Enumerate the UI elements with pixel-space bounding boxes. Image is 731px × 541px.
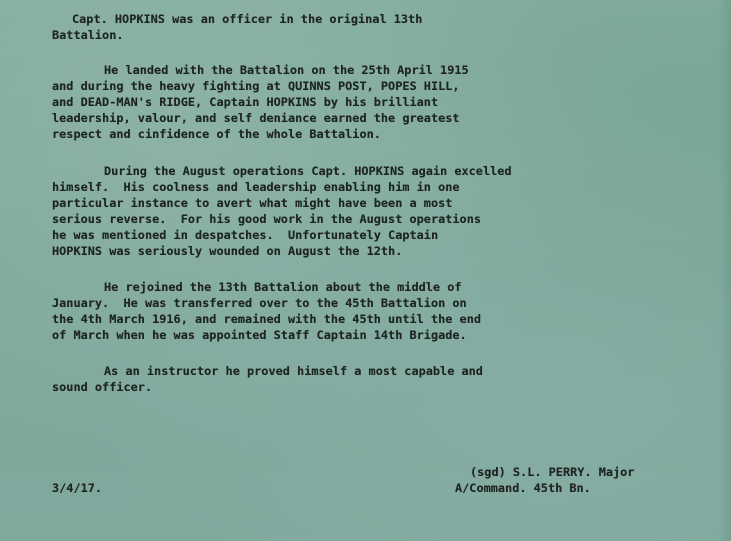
signature-title: A/Command. 45th Bn. (455, 481, 591, 495)
paragraph-5-line-2: sound officer. (52, 380, 152, 394)
paragraph-3-line-6: HOPKINS was seriously wounded on August … (52, 244, 402, 258)
paragraph-3-line-4: serious reverse. For his good work in th… (52, 212, 481, 226)
paragraph-4-line-4: of March when he was appointed Staff Cap… (52, 328, 467, 342)
paragraph-4-line-1: He rejoined the 13th Battalion about the… (104, 280, 462, 294)
paragraph-2-line-2: and during the heavy fighting at QUINNS … (52, 79, 460, 93)
paragraph-1-line-1: Capt. HOPKINS was an officer in the orig… (72, 12, 422, 26)
paragraph-5-line-1: As an instructor he proved himself a mos… (104, 364, 483, 378)
paragraph-3-line-2: himself. His coolness and leadership ena… (52, 180, 460, 194)
paragraph-1-line-2: Battalion. (52, 28, 124, 42)
paragraph-3-line-3: particular instance to avert what might … (52, 196, 452, 210)
signature-name: (sgd) S.L. PERRY. Major (470, 465, 634, 479)
paragraph-4-line-3: the 4th March 1916, and remained with th… (52, 312, 481, 326)
paragraph-2-line-4: leadership, valour, and self deniance ea… (52, 111, 460, 125)
paragraph-3-line-5: he was mentioned in despatches. Unfortun… (52, 228, 438, 242)
typed-document-page: Capt. HOPKINS was an officer in the orig… (0, 0, 731, 541)
page-edge-shadow (719, 0, 731, 541)
paragraph-2-line-1: He landed with the Battalion on the 25th… (104, 63, 469, 77)
paragraph-4-line-2: January. He was transferred over to the … (52, 296, 467, 310)
document-date: 3/4/17. (52, 481, 102, 495)
paragraph-2-line-3: and DEAD-MAN's RIDGE, Captain HOPKINS by… (52, 95, 438, 109)
paragraph-3-line-1: During the August operations Capt. HOPKI… (104, 164, 512, 178)
paragraph-2-line-5: respect and cinfidence of the whole Batt… (52, 127, 381, 141)
